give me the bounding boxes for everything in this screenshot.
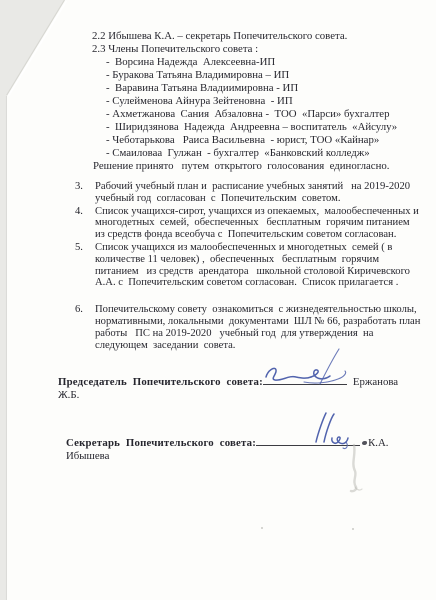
signature-line: [256, 433, 360, 446]
item-number: 5.: [75, 242, 95, 289]
member-item: - Смаиловаа Гулжан - бухгалтер «Банковск…: [106, 147, 424, 160]
member-item: - Сулейменова Айнура Зейтеновна - ИП: [106, 95, 424, 108]
decision-line: Решение принято путем открытого голосова…: [93, 160, 424, 173]
signature-role-label: Председатель Попечительского совета:: [58, 376, 263, 388]
agenda-item-3: 3. Рабочий учебный план и расписание уче…: [75, 181, 424, 205]
document-body: 2.2 Ибышева К.А. – секретарь Попечительс…: [72, 30, 424, 463]
signature-line: [263, 372, 347, 385]
member-item: - Ахметжанова Сания Абзаловна - ТОО «Пар…: [106, 108, 424, 121]
agenda-item-6: 6. Попечительскому совету ознакомиться с…: [75, 304, 424, 351]
item-number: 6.: [75, 304, 95, 351]
scanned-page: 2.2 Ибышева К.А. – секретарь Попечительс…: [0, 0, 436, 600]
chairman-signature-ink: [260, 346, 352, 390]
signature-row-secretary: Секретарь Попечительского совета: К.А. И…: [66, 433, 424, 463]
dust-speck: [261, 527, 263, 529]
item-text: Список учащихся-сирот, учащихся из опека…: [95, 206, 424, 241]
item-number: 3.: [75, 181, 95, 205]
item-text: Список учащихся из малообеспеченных и мн…: [95, 242, 424, 289]
signature-row-chairman: Председатель Попечительского совета: Ерж…: [58, 372, 424, 402]
scan-smudge-mark: [344, 443, 364, 495]
member-item: - Варавина Татьяна Владиимировна - ИП: [106, 82, 424, 95]
dust-speck: [352, 528, 354, 530]
member-list: - Ворсина Надежда Алексеевна-ИП - Бурако…: [72, 56, 424, 160]
agenda-item-5: 5. Список учащихся из малообеспеченных и…: [75, 242, 424, 289]
agenda-item-4: 4. Список учащихся-сирот, учащихся из оп…: [75, 206, 424, 241]
item-text: Попечительскому совету ознакомиться с жи…: [95, 304, 424, 351]
paragraph-2-2: 2.2 Ибышева К.А. – секретарь Попечительс…: [92, 30, 424, 43]
item-text: Рабочий учебный план и расписание учебны…: [95, 181, 424, 205]
paragraph-2-3: 2.3 Члены Попечительского совета :: [92, 43, 424, 56]
member-item: - Ворсина Надежда Алексеевна-ИП: [106, 56, 424, 69]
member-item: - Чеботарькова Раиса Васильевна - юрист,…: [106, 134, 424, 147]
item-number: 4.: [75, 206, 95, 241]
signature-role-label: Секретарь Попечительского совета:: [66, 437, 256, 449]
member-item: - Буракова Татьяна Владимировна – ИП: [106, 69, 424, 82]
member-item: - Ширидзянова Надежда Андреевна – воспит…: [106, 121, 424, 134]
